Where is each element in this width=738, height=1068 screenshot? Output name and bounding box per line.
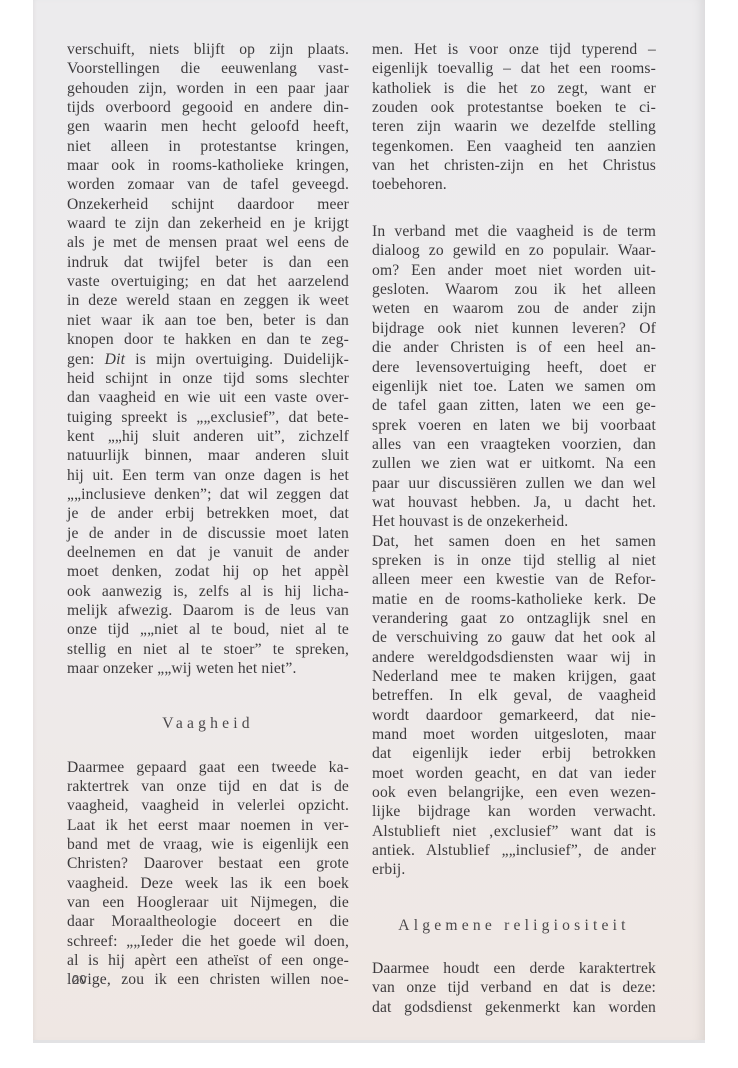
text-line: spreken is in onze tijd stellig al niet bbox=[372, 551, 656, 570]
text-line: Voorstellingen die eeuwenlang vast- bbox=[67, 59, 349, 78]
text-line: „„inclusieve denken”; dat wil zeggen dat bbox=[67, 485, 349, 504]
text-line: zullen we zien wat er uitkomt. Na een bbox=[372, 454, 656, 473]
text-line: onze tijd „„niet al te boud, niet al te bbox=[67, 620, 349, 639]
text-line: daar Moraaltheologie doceert en die bbox=[67, 912, 349, 931]
text-line: hij uit. Een term van onze dagen is het bbox=[67, 466, 349, 485]
text-line: indruk dat twijfel beter is dan een bbox=[67, 253, 349, 272]
text-line: Alstublieft niet ‚exclusief” want dat is bbox=[372, 822, 656, 841]
text-line: natuurlijk binnen, maar anderen sluit bbox=[67, 446, 349, 465]
text-line: bijdrage ook niet kunnen leveren? Of bbox=[372, 319, 656, 338]
text-line: band met de vraag, wie is eigenlijk een bbox=[67, 835, 349, 854]
text-line: toebehoren. bbox=[372, 175, 656, 194]
text-line: knopen door te hakken en dan te zeg- bbox=[67, 330, 349, 349]
text-line: teren zijn waarin we dezelfde stelling bbox=[372, 117, 656, 136]
text-line: schreef: „„Ieder die het goede wil doen, bbox=[67, 932, 349, 951]
text-line: tijds overboord gegooid en andere din- bbox=[67, 98, 349, 117]
text-line: Het houvast is de onzekerheid. bbox=[372, 512, 656, 531]
text-line: Onzekerheid schijnt daardoor meer bbox=[67, 195, 349, 214]
text-line: antiek. Alstublief „„inclusief”, de ande… bbox=[372, 841, 656, 860]
text-line: niet waar ik aan toe ben, beter is dan bbox=[67, 311, 349, 330]
text-line: moet worden geacht, en dat van ieder bbox=[372, 764, 656, 783]
paragraph-dialoog: In verband met die vaagheid is de term d… bbox=[372, 222, 656, 532]
text-line: gesloten. Waarom zou ik het alleen bbox=[372, 280, 656, 299]
text-line: wordt daardoor gemarkeerd, dat nie- bbox=[372, 706, 656, 725]
text-line: maar ook in rooms-katholieke kringen, bbox=[67, 156, 349, 175]
text-line: waard te zijn dan zekerheid en je krijgt bbox=[67, 214, 349, 233]
text-line: Laat ik het eerst maar noemen in ver- bbox=[67, 816, 349, 835]
text-line: gehouden zijn, worden in een paar jaar bbox=[67, 79, 349, 98]
text-line: kent „„hij sluit anderen uit”, zichzelf bbox=[67, 427, 349, 446]
text-line: Daarmee gepaard gaat een tweede ka- bbox=[67, 758, 349, 777]
right-column: men. Het is voor onze tijd typerend – ei… bbox=[372, 40, 656, 1017]
text-line: erbij. bbox=[372, 860, 656, 879]
text-line: verandering gaat zo ontzaglijk snel en bbox=[372, 609, 656, 628]
text-line: paar uur discussiëren zullen we dan wel bbox=[372, 474, 656, 493]
section-heading-vaagheid: Vaagheid bbox=[67, 714, 349, 733]
text-line: Daarmee houdt een derde karaktertrek bbox=[372, 959, 656, 978]
text-line: al is hij apèrt een atheïst of een onge- bbox=[67, 951, 349, 970]
text-line: men. Het is voor onze tijd typerend – bbox=[372, 40, 656, 59]
text-line: die ander Christen is of een heel an- bbox=[372, 338, 656, 357]
text-line: verschuift, niets blijft op zijn plaats. bbox=[67, 40, 349, 59]
text-line: alleen meer een kwestie van de Refor- bbox=[372, 570, 656, 589]
text-line: katholiek is die het zo zegt, want er bbox=[372, 79, 656, 98]
text-line: vaagheid, vaagheid in velerlei opzicht. bbox=[67, 796, 349, 815]
text-line: van een Hoogleraar uit Nijmegen, die bbox=[67, 893, 349, 912]
text-line: in deze wereld staan en zeggen ik weet bbox=[67, 291, 349, 310]
text-line: vaagheid. Deze week las ik een boek bbox=[67, 874, 349, 893]
text-line: de verschuiving zo gauw dat het ook al bbox=[372, 628, 656, 647]
text-line: tuiging spreekt is „„exclusief”, dat bet… bbox=[67, 408, 349, 427]
text-line: mand moet worden uitgesloten, maar bbox=[372, 725, 656, 744]
text-line: eigenlijk toevallig – dat het een rooms- bbox=[372, 59, 656, 78]
italic-emphasis: Dit bbox=[105, 351, 125, 368]
text-line: Nederland mee te maken krijgen, gaat bbox=[372, 667, 656, 686]
paragraph-samen: Dat, het samen doen en het samen spreken… bbox=[372, 532, 656, 880]
section-heading-algemene-religiositeit: Algemene religiositeit bbox=[372, 916, 656, 935]
text-line: als je met de mensen praat wel eens de bbox=[67, 233, 349, 252]
text-line: om? Een ander moet niet worden uit- bbox=[372, 261, 656, 280]
text-line: wat houvast hebben. Ja, u dacht het. bbox=[372, 493, 656, 512]
text-line: dialoog zo gewild en zo populair. Waar- bbox=[372, 241, 656, 260]
text-line: je de ander erbij betrekken moet, dat bbox=[67, 504, 349, 523]
text-line: andere wereldgodsdiensten waar wij in bbox=[372, 648, 656, 667]
paragraph-continuation: men. Het is voor onze tijd typerend – ei… bbox=[372, 40, 656, 195]
text-segment: is mijn overtuiging. Duidelijk- bbox=[125, 351, 349, 368]
text-line: vaste overtuiging; en dat het aarzelend bbox=[67, 272, 349, 291]
text-line: raktertrek van onze tijd en dat is de bbox=[67, 777, 349, 796]
text-line: lijke bijdrage kan worden verwacht. bbox=[372, 802, 656, 821]
text-line: eigenlijk niet toe. Laten we samen om bbox=[372, 377, 656, 396]
text-line: tegenkomen. Een vaagheid ten aanzien bbox=[372, 137, 656, 156]
text-line: matie en de rooms-katholieke kerk. De bbox=[372, 590, 656, 609]
text-line: dat eigenlijk ieder erbij betrokken bbox=[372, 744, 656, 763]
text-segment: gen: bbox=[67, 351, 105, 368]
text-line: heid schijnt in onze tijd soms slechter bbox=[67, 369, 349, 388]
text-line: Dat, het samen doen en het samen bbox=[372, 532, 656, 551]
paragraph-vaagheid: Daarmee gepaard gaat een tweede ka- rakt… bbox=[67, 758, 349, 990]
text-line-with-italic: gen: Dit is mijn overtuiging. Duidelijk- bbox=[67, 350, 349, 369]
text-line: worden zomaar van de tafel geveegd. bbox=[67, 175, 349, 194]
left-column: verschuift, niets blijft op zijn plaats.… bbox=[67, 40, 349, 990]
text-line: alles van een vraagteken voorzien, dan bbox=[372, 435, 656, 454]
text-line: ook even belangrijke, een even wezen- bbox=[372, 783, 656, 802]
text-line: melijk afwezig. Daarom is de leus van bbox=[67, 601, 349, 620]
text-line: Christen? Daarover bestaat een grote bbox=[67, 854, 349, 873]
text-line: dere levensovertuiging heeft, doet er bbox=[372, 358, 656, 377]
page-number: 20 bbox=[72, 972, 86, 987]
text-line: betreffen. In elk geval, de vaagheid bbox=[372, 686, 656, 705]
text-line: In verband met die vaagheid is de term bbox=[372, 222, 656, 241]
text-line: je de ander in de discussie moet laten bbox=[67, 524, 349, 543]
text-line: deelnemen en dat je vanuit de ander bbox=[67, 543, 349, 562]
text-line: van het christen-zijn en het Christus bbox=[372, 156, 656, 175]
text-line: lovige, zou ik een christen willen noe- bbox=[67, 970, 349, 989]
text-line: zouden ook protestantse boeken te ci- bbox=[372, 98, 656, 117]
page-edge bbox=[33, 1040, 705, 1043]
text-line: de tafel gaan zitten, laten we een ge- bbox=[372, 396, 656, 415]
paragraph-intro: verschuift, niets blijft op zijn plaats.… bbox=[67, 40, 349, 678]
text-line: dat godsdienst gekenmerkt kan worden bbox=[372, 998, 656, 1017]
text-line: dan vaagheid en wie uit een vaste over- bbox=[67, 388, 349, 407]
text-line: moet denken, zodat hij op het appèl bbox=[67, 562, 349, 581]
text-line: sprek voeren en laten we bij voorbaat bbox=[372, 416, 656, 435]
paragraph-religiositeit: Daarmee houdt een derde karaktertrek van… bbox=[372, 959, 656, 1017]
text-line: weten en waarom zou de ander zijn bbox=[372, 299, 656, 318]
text-line: ook aanwezig is, zelfs al is hij licha- bbox=[67, 582, 349, 601]
text-line: niet alleen in protestantse kringen, bbox=[67, 137, 349, 156]
text-line: maar onzeker „„wij weten het niet”. bbox=[67, 659, 349, 678]
text-line: van onze tijd verband en dat is deze: bbox=[372, 978, 656, 997]
text-line: gen waarin men hecht geloofd heeft, bbox=[67, 117, 349, 136]
text-line: stellig en niet al te stoer” te spreken, bbox=[67, 640, 349, 659]
